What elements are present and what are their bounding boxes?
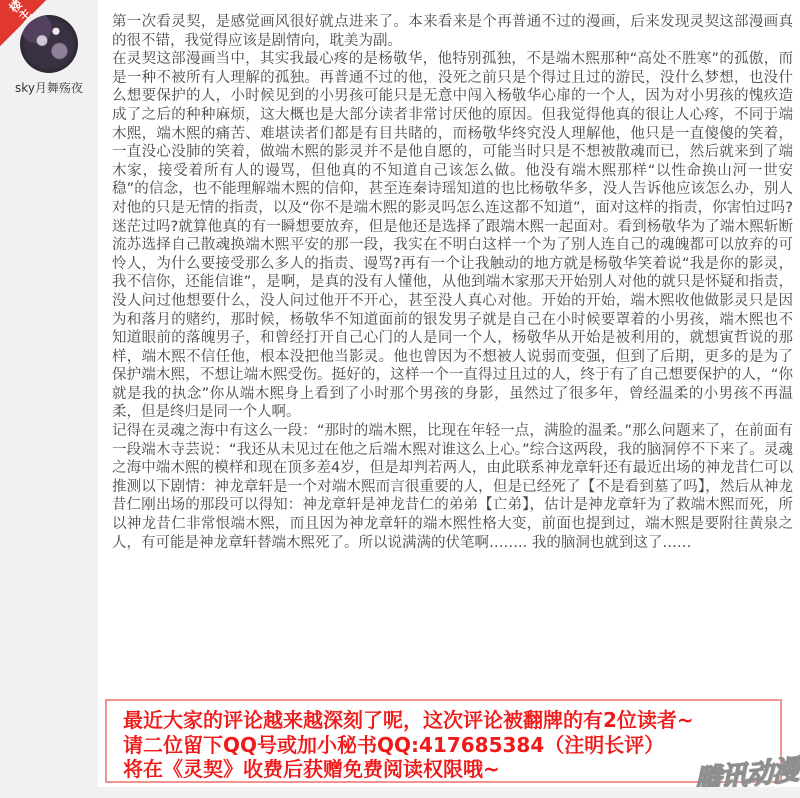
author-username[interactable]: sky月舞殇夜 bbox=[0, 79, 98, 96]
page-bottom-divider bbox=[0, 787, 800, 798]
author-panel: sky月舞殇夜 楼主 bbox=[0, 0, 98, 798]
notice-line-3: 将在《灵契》收费后获赠免费阅读权限哦~ bbox=[123, 757, 772, 782]
floor-host-ribbon-label: 楼主 bbox=[0, 0, 34, 35]
comment-paragraph-3: 记得在灵魂之海中有这么一段：“那时的端木熙，比现在年轻一点，满脸的温柔。”那么问… bbox=[112, 422, 793, 552]
comment-thread-page: sky月舞殇夜 楼主 第一次看灵契，是感觉画风很好就点进来了。本来看来是个再普通… bbox=[0, 0, 800, 798]
comment-paragraph-2: 在灵契这部漫画当中，其实我最心疼的是杨敬华，他特别孤独，不是端木熙那种“高处不胜… bbox=[112, 50, 793, 422]
floor-host-ribbon: 楼主 bbox=[0, 0, 46, 46]
comment-paragraph-1: 第一次看灵契，是感觉画风很好就点进来了。本来看来是个再普通不过的漫画，后来发现灵… bbox=[112, 13, 793, 50]
comment-body: 第一次看灵契，是感觉画风很好就点进来了。本来看来是个再普通不过的漫画，后来发现灵… bbox=[112, 13, 793, 552]
editor-reply-notice: 最近大家的评论越来越深刻了呢，这次评论被翻牌的有2位读者~ 请二位留下QQ号或加… bbox=[105, 699, 782, 783]
notice-line-2: 请二位留下QQ号或加小秘书QQ:417685384（注明长评） bbox=[123, 733, 772, 758]
notice-line-1: 最近大家的评论越来越深刻了呢，这次评论被翻牌的有2位读者~ bbox=[123, 708, 772, 733]
